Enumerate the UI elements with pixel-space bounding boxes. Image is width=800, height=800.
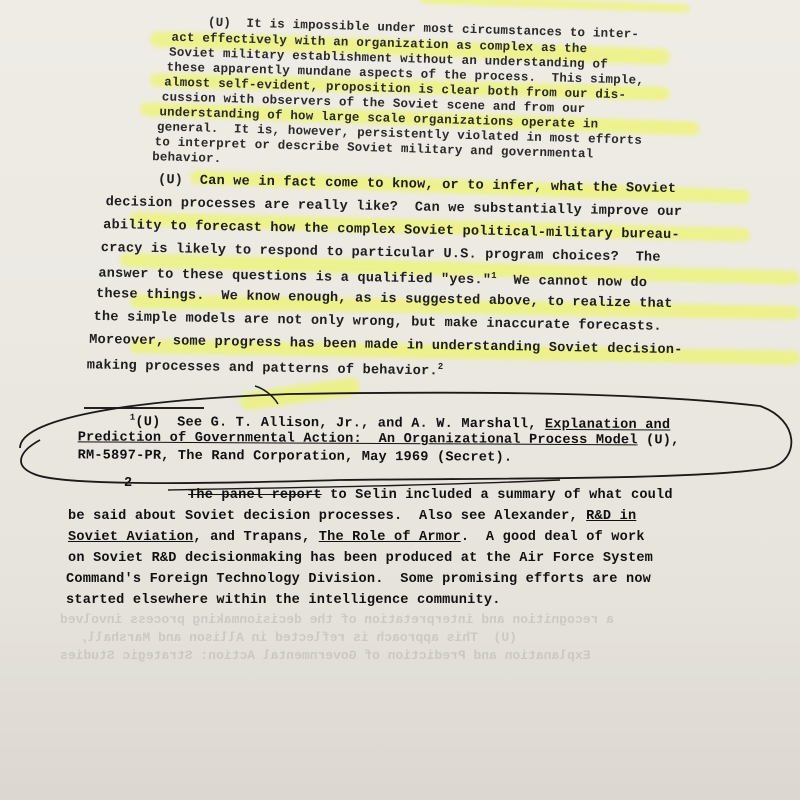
scanned-document-page: (U) It is impossible under most circumst… — [0, 0, 800, 800]
pen-circle-annotation — [0, 0, 800, 800]
